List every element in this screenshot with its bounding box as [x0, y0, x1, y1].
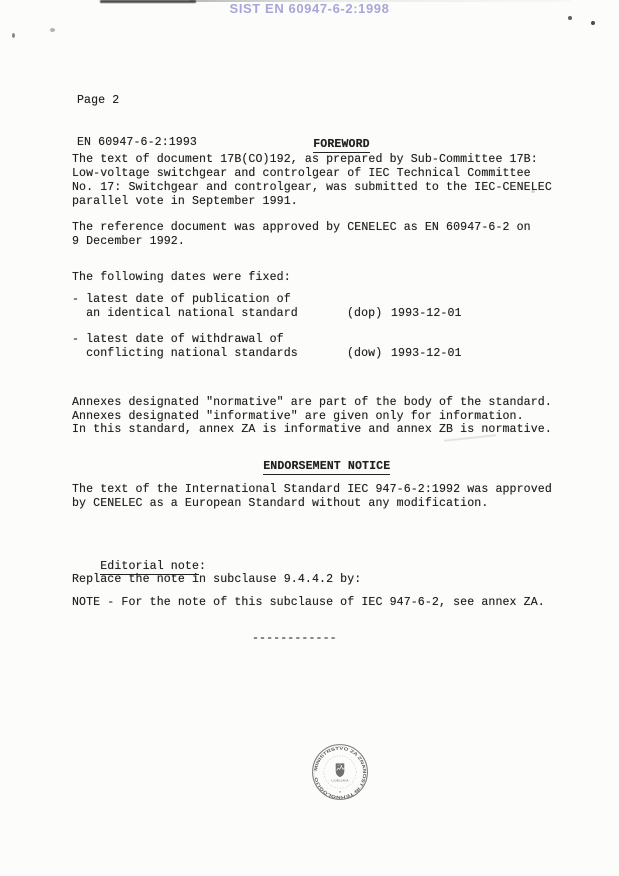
editorial-note-text: NOTE - For the note of this subclause of… — [72, 596, 545, 610]
date-item-label: - latest date of withdrawal of conflicti… — [72, 333, 298, 361]
stamp-coat-of-arms — [336, 763, 346, 777]
scan-artifact-speck — [568, 16, 572, 20]
editorial-instruction: Replace the note in subclause 9.4.4.2 by… — [72, 573, 361, 587]
scan-artifact-speck — [12, 33, 15, 38]
standard-reference: EN 60947-6-2:1993 — [77, 136, 197, 150]
watermark-text: SIST EN 60947-6-2:1998 — [0, 1, 619, 16]
dates-intro: The following dates were fixed: — [72, 271, 291, 285]
dashed-separator: ------------ — [252, 632, 337, 646]
date-item-value: 1993-12-01 — [391, 307, 462, 321]
date-item-code: (dow) — [347, 347, 382, 361]
paragraph-committee: The text of document 17B(CO)192, as prep… — [72, 153, 552, 209]
endorsement-heading: ENDORSEMENT NOTICE — [235, 446, 390, 488]
scanned-document-page: SIST EN 60947-6-2:1998 Page 2 EN 60947-6… — [0, 0, 619, 876]
paragraph-endorsement: The text of the International Standard I… — [72, 483, 552, 511]
scan-artifact-speck — [50, 28, 55, 32]
ministry-seal-stamp: MINISTRSTVO ZA ZNANOST IN TEHNOLOGIJO LJ… — [311, 743, 369, 801]
date-item-value: 1993-12-01 — [391, 347, 462, 361]
paragraph-reference: The reference document was approved by C… — [72, 221, 531, 249]
page-number: Page 2 — [77, 94, 197, 108]
stamp-city-text: LJUBLJANA — [331, 778, 348, 782]
scan-artifact-speck — [591, 21, 595, 25]
stamp-star-icon: ✶ — [339, 790, 342, 795]
date-item-label: - latest date of publication of an ident… — [72, 293, 298, 321]
paragraph-annexes: Annexes designated "normative" are part … — [72, 396, 552, 437]
date-item-code: (dop) — [347, 307, 382, 321]
